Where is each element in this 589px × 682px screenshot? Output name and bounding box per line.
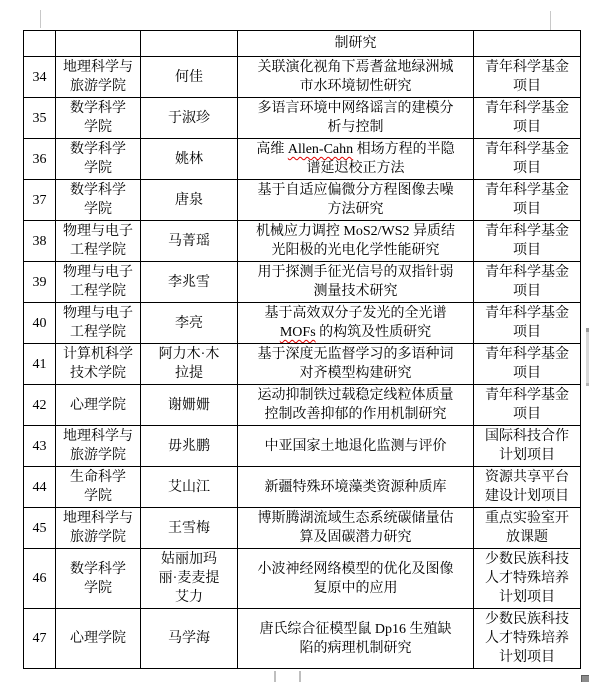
project-type-cell: 青年科学基金 项目 [474, 262, 581, 303]
row-number-cell: 41 [24, 344, 56, 385]
college-cell: 计算机科学 技术学院 [56, 344, 141, 385]
project-type-cell: 青年科学基金 项目 [474, 385, 581, 426]
project-type-cell: 青年科学基金 项目 [474, 344, 581, 385]
table-row: 45地理科学与 旅游学院王雪梅博斯腾湖流域生态系统碳储量估 算及固碳潜力研究重点… [24, 508, 581, 549]
row-number-cell: 37 [24, 180, 56, 221]
name-cell: 毋兆鹏 [141, 426, 238, 467]
project-title-cell: 基于高效双分子发光的全光谱 MOFs 的构筑及性质研究 [238, 303, 474, 344]
name-cell: 阿力木·木 拉提 [141, 344, 238, 385]
college-cell: 生命科学 学院 [56, 467, 141, 508]
name-cell: 姚林 [141, 139, 238, 180]
table-row: 39物理与电子 工程学院李兆雪用于探测手征光信号的双指针弱 测量技术研究青年科学… [24, 262, 581, 303]
name-cell: 马菁瑶 [141, 221, 238, 262]
college-cell: 地理科学与 旅游学院 [56, 426, 141, 467]
project-title-cell: 关联演化视角下焉耆盆地绿洲城 市水环境韧性研究 [238, 57, 474, 98]
spellcheck-underline: Allen-Cahn [288, 142, 353, 157]
carryover-row: 制研究 [24, 31, 581, 57]
college-cell: 地理科学与 旅游学院 [56, 57, 141, 98]
name-cell: 艾山江 [141, 467, 238, 508]
project-title-cell: 机械应力调控 MoS2/WS2 异质结 光阳极的光电化学性能研究 [238, 221, 474, 262]
table-row: 47心理学院马学海唐氏综合征模型鼠 Dp16 生殖缺 陷的病理机制研究少数民族科… [24, 609, 581, 669]
row-number-cell: 47 [24, 609, 56, 669]
project-title-cell: 小波神经网络模型的优化及图像 复原中的应用 [238, 549, 474, 609]
row-number-cell: 40 [24, 303, 56, 344]
name-cell: 于淑珍 [141, 98, 238, 139]
project-type-cell: 青年科学基金 项目 [474, 98, 581, 139]
horizontal-scrollbar-mark-left[interactable] [274, 671, 276, 682]
project-type-cell: 国际科技合作 计划项目 [474, 426, 581, 467]
project-type-cell: 青年科学基金 项目 [474, 221, 581, 262]
row-number-cell: 39 [24, 262, 56, 303]
project-type-cell: 青年科学基金 项目 [474, 180, 581, 221]
margin-mark-right-icon [550, 11, 551, 30]
document-page: 制研究 34地理科学与 旅游学院何佳关联演化视角下焉耆盆地绿洲城 市水环境韧性研… [0, 0, 589, 682]
project-type-cell [474, 31, 581, 57]
name-cell: 马学海 [141, 609, 238, 669]
row-number-cell [24, 31, 56, 57]
row-number-cell: 44 [24, 467, 56, 508]
name-cell: 李亮 [141, 303, 238, 344]
name-cell: 何佳 [141, 57, 238, 98]
project-title-cell: 博斯腾湖流域生态系统碳储量估 算及固碳潜力研究 [238, 508, 474, 549]
table-row: 46数学科学 学院姑丽加玛 丽·麦麦提 艾力小波神经网络模型的优化及图像 复原中… [24, 549, 581, 609]
project-type-cell: 重点实验室开 放课题 [474, 508, 581, 549]
project-title-cell: 运动抑制铁过载稳定线粒体质量 控制改善抑郁的作用机制研究 [238, 385, 474, 426]
row-number-cell: 35 [24, 98, 56, 139]
row-number-cell: 45 [24, 508, 56, 549]
row-number-cell: 43 [24, 426, 56, 467]
carryover-title-cell: 制研究 [238, 31, 474, 57]
college-cell: 心理学院 [56, 609, 141, 669]
name-cell: 唐泉 [141, 180, 238, 221]
project-type-cell: 少数民族科技 人才特殊培养 计划项目 [474, 609, 581, 669]
table-row: 43地理科学与 旅游学院毋兆鹏中亚国家土地退化监测与评价国际科技合作 计划项目 [24, 426, 581, 467]
row-number-cell: 42 [24, 385, 56, 426]
project-type-cell: 资源共享平台 建设计划项目 [474, 467, 581, 508]
college-cell: 数学科学 学院 [56, 98, 141, 139]
project-title-cell: 高维 Allen-Cahn 相场方程的半隐 谱延迟校正方法 [238, 139, 474, 180]
college-cell: 数学科学 学院 [56, 139, 141, 180]
project-title-cell: 基于深度无监督学习的多语种词 对齐模型构建研究 [238, 344, 474, 385]
name-cell: 王雪梅 [141, 508, 238, 549]
college-cell: 心理学院 [56, 385, 141, 426]
table-row: 36数学科学 学院姚林高维 Allen-Cahn 相场方程的半隐 谱延迟校正方法… [24, 139, 581, 180]
table-row: 38物理与电子 工程学院马菁瑶机械应力调控 MoS2/WS2 异质结 光阳极的光… [24, 221, 581, 262]
name-cell [141, 31, 238, 57]
college-cell: 物理与电子 工程学院 [56, 221, 141, 262]
college-cell: 数学科学 学院 [56, 180, 141, 221]
table-row: 34地理科学与 旅游学院何佳关联演化视角下焉耆盆地绿洲城 市水环境韧性研究青年科… [24, 57, 581, 98]
project-title-cell: 基于自适应偏微分方程图像去噪 方法研究 [238, 180, 474, 221]
row-number-cell: 36 [24, 139, 56, 180]
college-cell: 物理与电子 工程学院 [56, 303, 141, 344]
row-number-cell: 38 [24, 221, 56, 262]
project-type-cell: 青年科学基金 项目 [474, 57, 581, 98]
scrollbar-corner-box[interactable] [581, 675, 589, 682]
project-type-cell: 青年科学基金 项目 [474, 303, 581, 344]
project-title-cell: 新疆特殊环境藻类资源种质库 [238, 467, 474, 508]
margin-mark-left-icon [40, 10, 41, 28]
table-row: 40物理与电子 工程学院李亮基于高效双分子发光的全光谱 MOFs 的构筑及性质研… [24, 303, 581, 344]
table-row: 42心理学院谢姗姗运动抑制铁过载稳定线粒体质量 控制改善抑郁的作用机制研究青年科… [24, 385, 581, 426]
table-row: 37数学科学 学院唐泉基于自适应偏微分方程图像去噪 方法研究青年科学基金 项目 [24, 180, 581, 221]
table-row: 35数学科学 学院于淑珍多语言环境中网络谣言的建模分 析与控制青年科学基金 项目 [24, 98, 581, 139]
college-cell: 物理与电子 工程学院 [56, 262, 141, 303]
name-cell: 姑丽加玛 丽·麦麦提 艾力 [141, 549, 238, 609]
project-type-cell: 少数民族科技 人才特殊培养 计划项目 [474, 549, 581, 609]
project-title-cell: 多语言环境中网络谣言的建模分 析与控制 [238, 98, 474, 139]
spellcheck-underline: MOFs [280, 325, 316, 340]
projects-table-body: 制研究 34地理科学与 旅游学院何佳关联演化视角下焉耆盆地绿洲城 市水环境韧性研… [24, 31, 581, 669]
college-cell: 数学科学 学院 [56, 549, 141, 609]
college-cell: 地理科学与 旅游学院 [56, 508, 141, 549]
table-row: 44生命科学 学院艾山江新疆特殊环境藻类资源种质库资源共享平台 建设计划项目 [24, 467, 581, 508]
horizontal-scrollbar-mark-right[interactable] [299, 671, 301, 682]
project-type-cell: 青年科学基金 项目 [474, 139, 581, 180]
table-row: 41计算机科学 技术学院阿力木·木 拉提基于深度无监督学习的多语种词 对齐模型构… [24, 344, 581, 385]
project-title-cell: 用于探测手征光信号的双指针弱 测量技术研究 [238, 262, 474, 303]
name-cell: 李兆雪 [141, 262, 238, 303]
projects-table: 制研究 34地理科学与 旅游学院何佳关联演化视角下焉耆盆地绿洲城 市水环境韧性研… [23, 30, 581, 669]
row-number-cell: 34 [24, 57, 56, 98]
project-title-cell: 中亚国家土地退化监测与评价 [238, 426, 474, 467]
name-cell: 谢姗姗 [141, 385, 238, 426]
row-number-cell: 46 [24, 549, 56, 609]
project-title-cell: 唐氏综合征模型鼠 Dp16 生殖缺 陷的病理机制研究 [238, 609, 474, 669]
college-cell [56, 31, 141, 57]
